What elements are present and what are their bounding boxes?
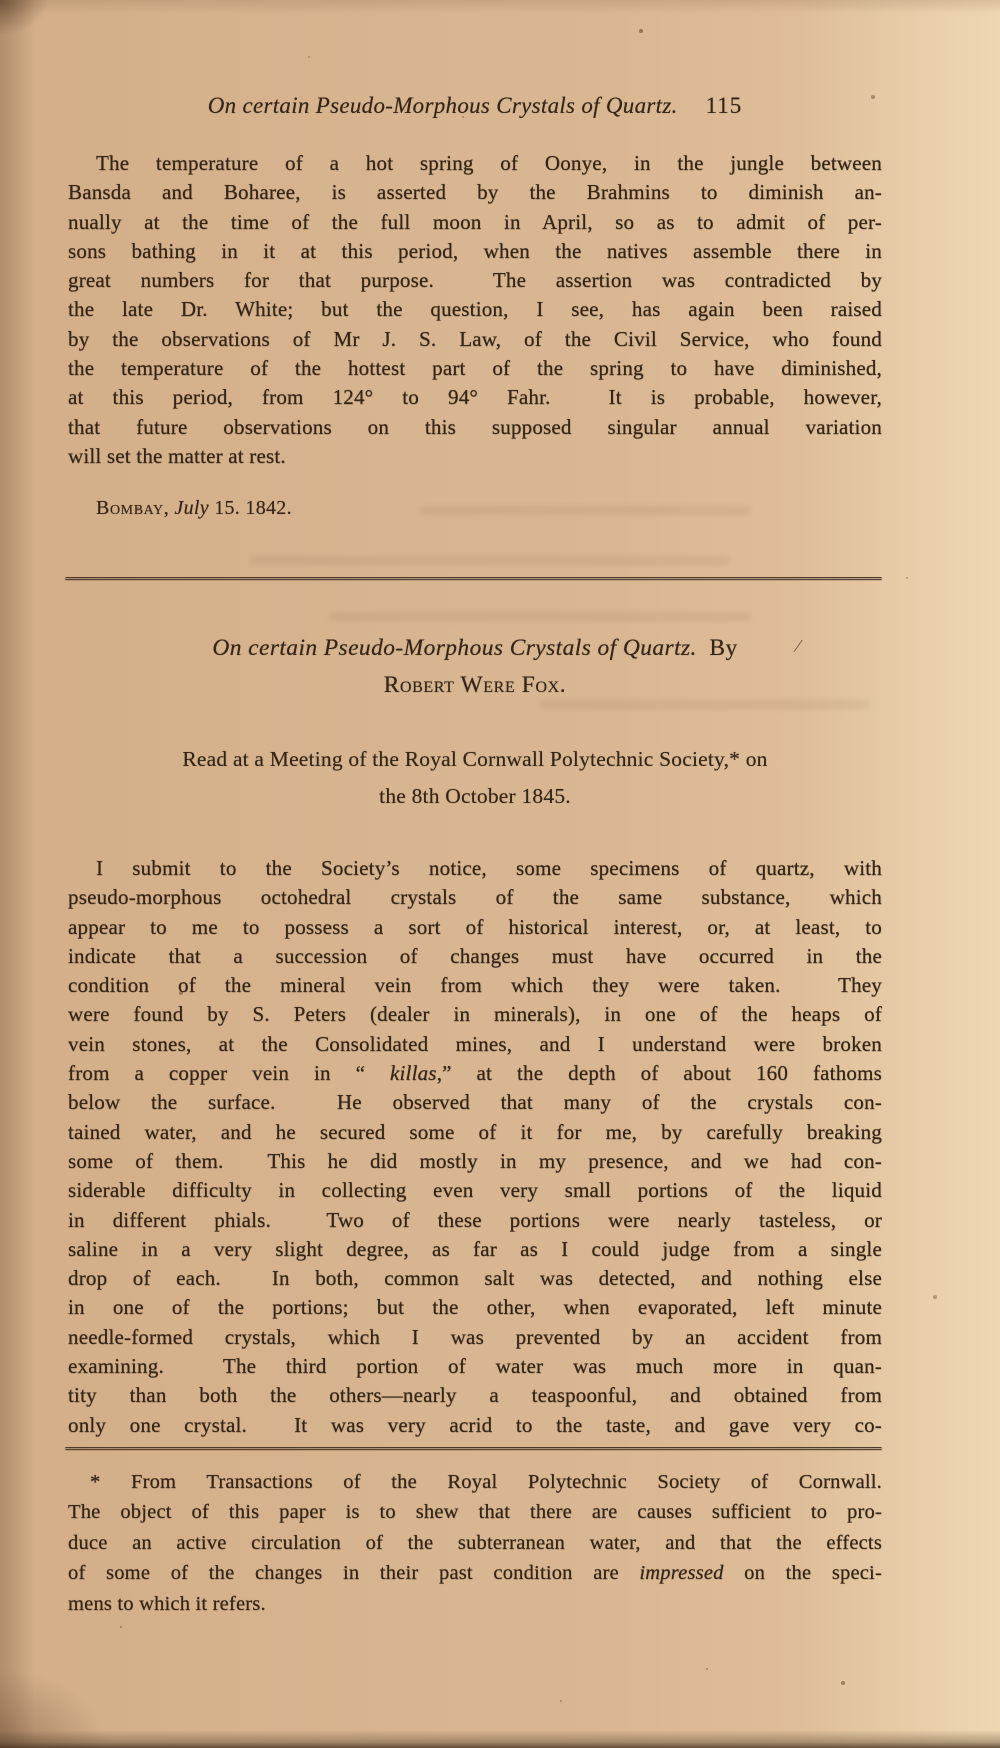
show-through-smudge [330,612,750,621]
read-at-meeting: Read at a Meeting of the Royal Cornwall … [68,741,882,815]
text-line: that future observations on this suppose… [68,413,882,442]
read-line: the 8th October 1845. [68,778,882,815]
footnote-line: mens to which it refers. [68,1589,882,1619]
text-line: appear to me to possess a sort of histor… [68,913,882,942]
text-line: The temperature of a hot spring of Oonye… [68,149,882,178]
dateline: Bombay, July 15. 1842. [96,497,292,520]
text-line: from a copper vein in “ killas,” at the … [68,1059,882,1088]
article-author: Robert Were Fox. [68,667,882,704]
footnote-divider [65,1447,882,1450]
paragraph-hot-spring: The temperature of a hot spring of Oonye… [68,149,882,471]
footnote-line: of some of the changes in their past con… [68,1558,882,1588]
show-through-smudge [250,556,730,565]
text-line: sons bathing in it at this period, when … [68,237,882,266]
text-line: at this period, from 124° to 94° Fahr. I… [68,383,882,412]
footnote-line: The object of this paper is to shew that… [68,1497,882,1527]
paragraph-specimens: I submit to the Society’s notice, some s… [68,854,882,1440]
footnote-line: * From Transactions of the Royal Polytec… [68,1467,882,1497]
show-through-smudge [420,506,750,515]
text-line: the temperature of the hottest part of t… [68,354,882,383]
footnote: * From Transactions of the Royal Polytec… [68,1467,882,1619]
text-line: in different phials. Two of these portio… [68,1206,882,1235]
running-head-title: On certain Pseudo-Morphous Crystals of Q… [208,93,678,119]
section-divider [65,577,882,580]
text-line: great numbers for that purpose. The asse… [68,266,882,295]
text-line: I submit to the Society’s notice, some s… [68,854,882,883]
text-line: Bansda and Boharee, is asserted by the B… [68,178,882,207]
text-line: below the surface. He observed that many… [68,1088,882,1117]
text-line: needle-formed crystals, which I was prev… [68,1323,882,1352]
article-heading: On certain Pseudo-Morphous Crystals of Q… [68,630,882,704]
text-line: examining. The third portion of water wa… [68,1352,882,1381]
running-head: On certain Pseudo-Morphous Crystals of Q… [68,93,882,119]
show-through-smudge [540,700,870,709]
text-line: in one of the portions; but the other, w… [68,1293,882,1322]
book-page: On certain Pseudo-Morphous Crystals of Q… [0,0,1000,1748]
read-line: Read at a Meeting of the Royal Cornwall … [68,741,882,778]
text-line: saline in a very slight degree, as far a… [68,1235,882,1264]
article-title: On certain Pseudo-Morphous Crystals of Q… [68,630,882,667]
page-number: 115 [706,93,743,119]
text-line: tity than both the others—nearly a teasp… [68,1381,882,1410]
text-line: the late Dr. White; but the question, I … [68,295,882,324]
text-line: drop of each. In both, common salt was d… [68,1264,882,1293]
text-line: only one crystal. It was very acrid to t… [68,1411,882,1440]
text-line: condition of the mineral vein from which… [68,971,882,1000]
text-line: siderable difficulty in collecting even … [68,1176,882,1205]
text-line: by the observations of Mr J. S. Law, of … [68,325,882,354]
text-line: nually at the time of the full moon in A… [68,208,882,237]
footnote-line: duce an active circulation of the subter… [68,1528,882,1558]
paper-speckles [0,0,2,2]
text-line: tained water, and he secured some of it … [68,1118,882,1147]
text-line: were found by S. Peters (dealer in miner… [68,1000,882,1029]
text-line: will set the matter at rest. [68,442,882,471]
text-line: vein stones, at the Consolidated mines, … [68,1030,882,1059]
text-line: indicate that a succession of changes mu… [68,942,882,971]
text-line: pseudo-morphous octohedral crystals of t… [68,883,882,912]
text-line: some of them. This he did mostly in my p… [68,1147,882,1176]
